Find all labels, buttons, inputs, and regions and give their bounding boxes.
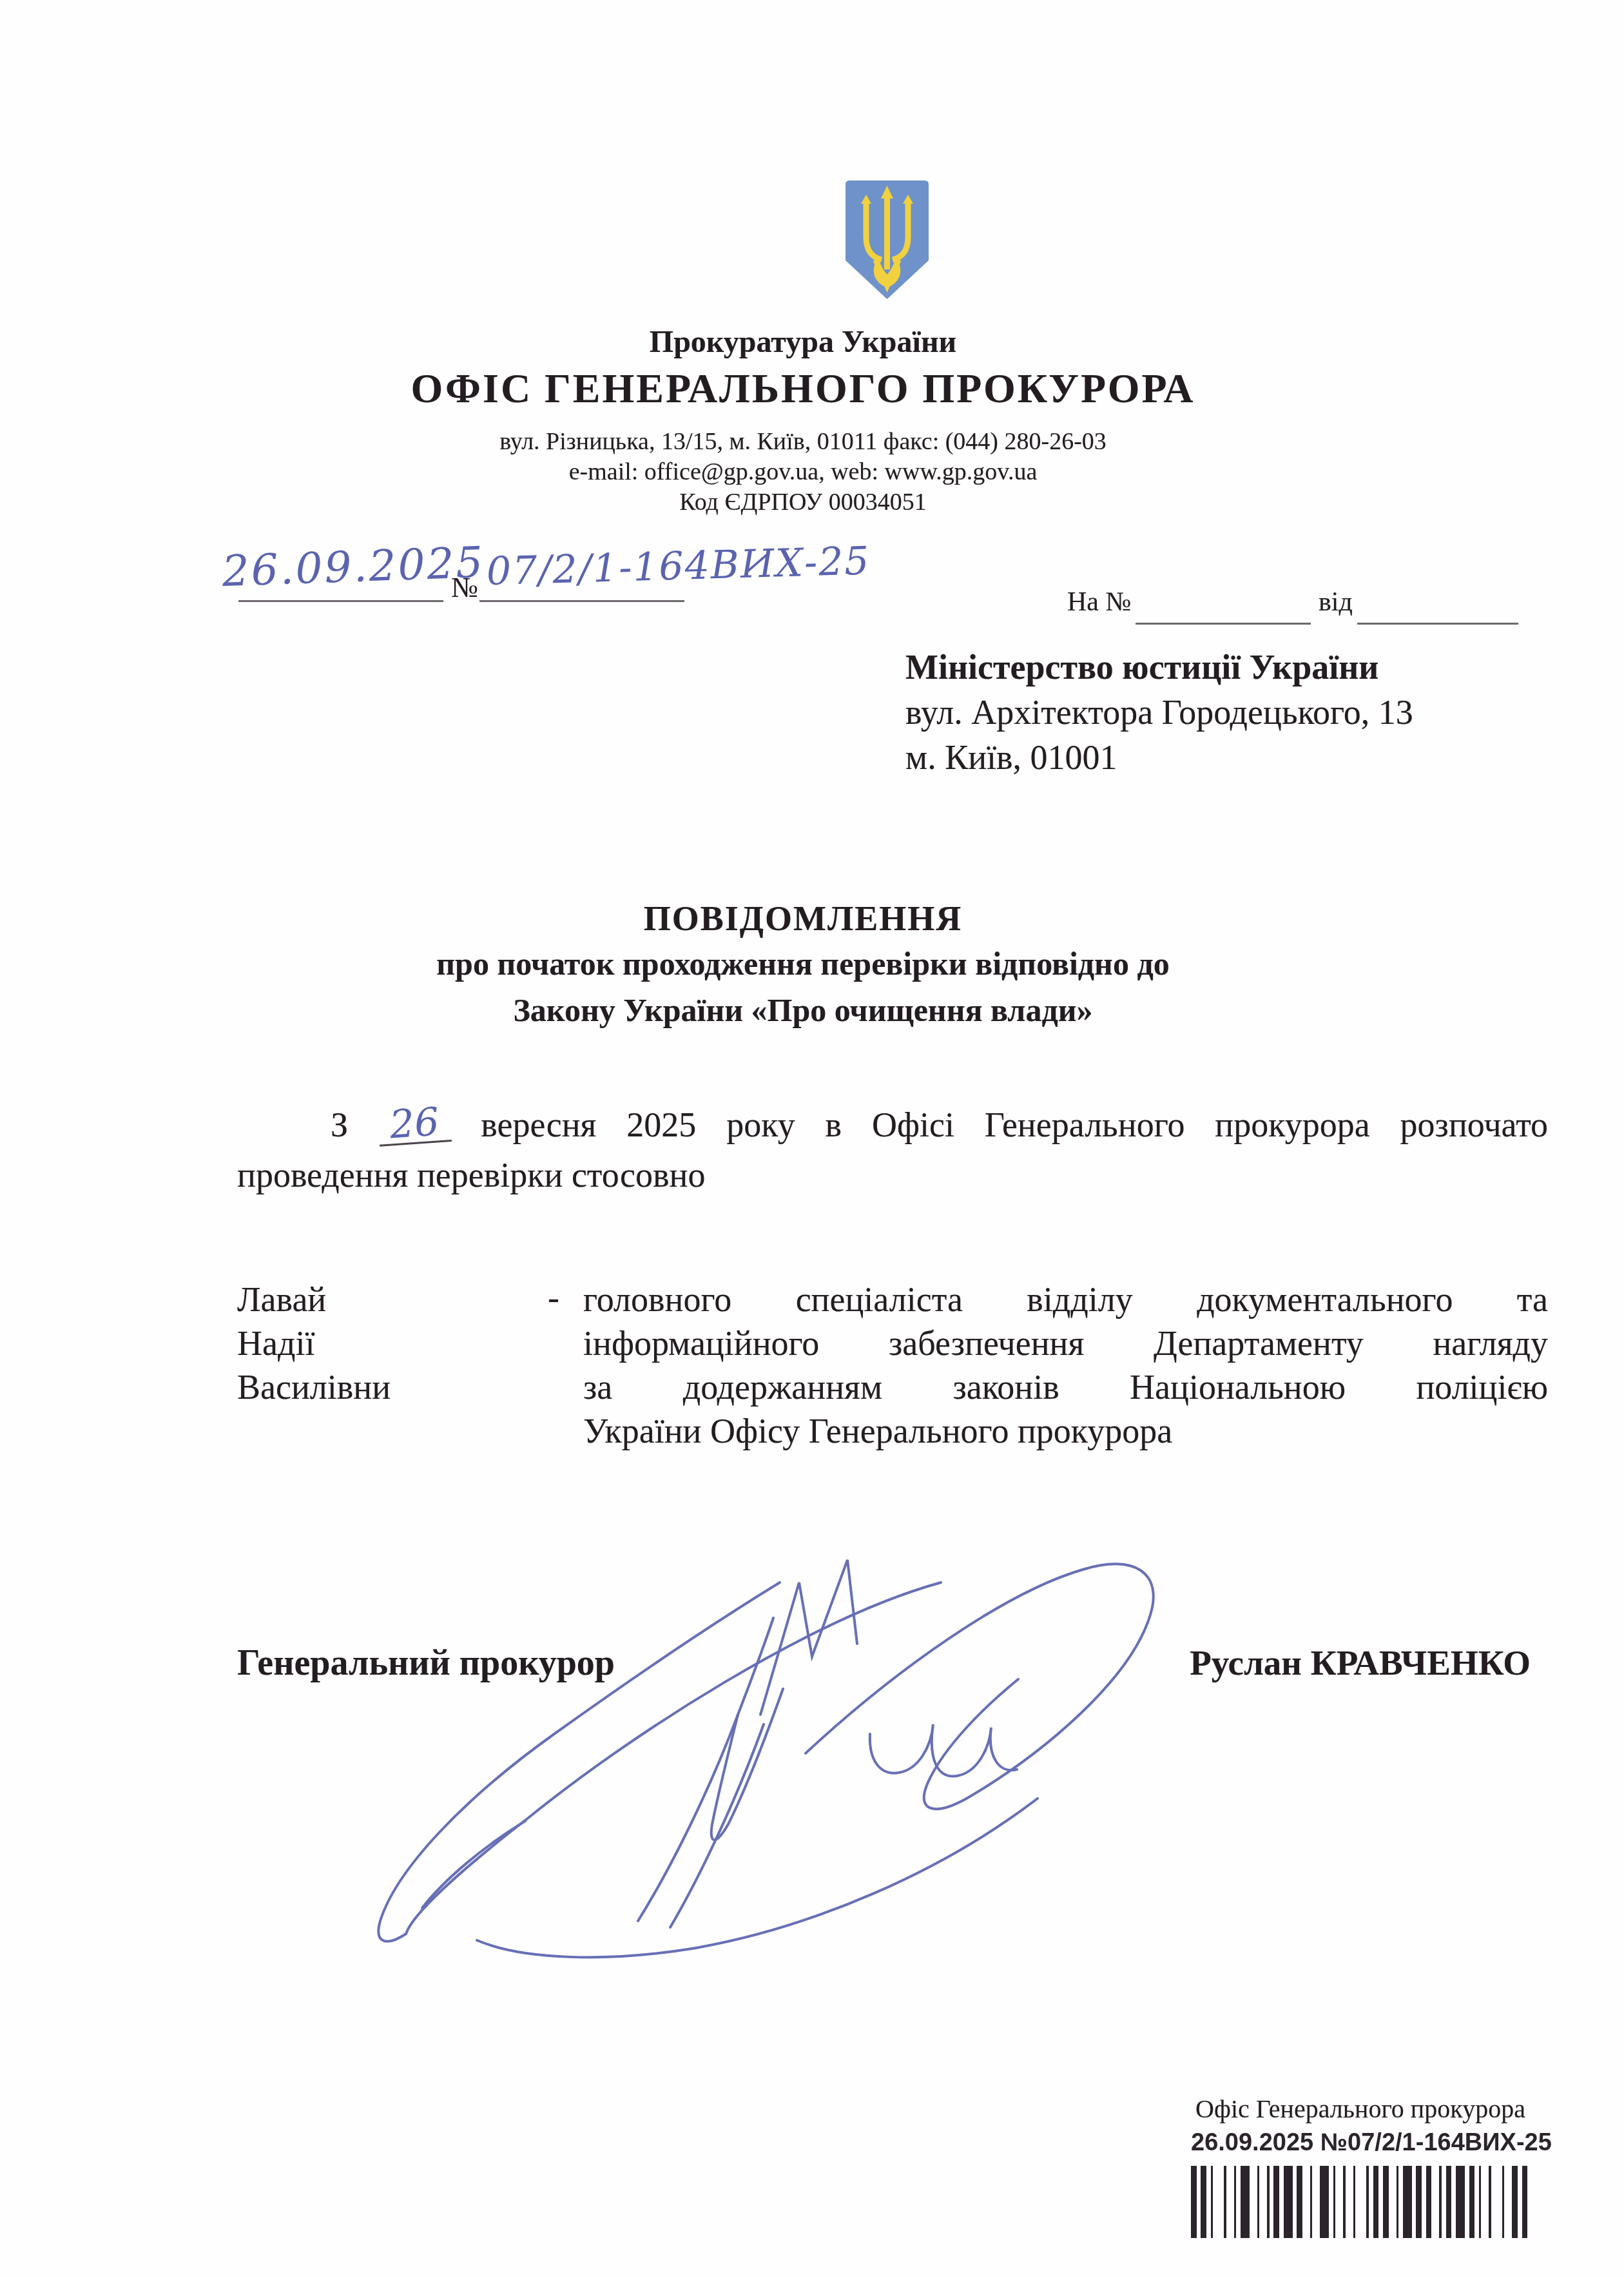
body-paragraph: З 26 вересня 2025 року в Офісі Генеральн… xyxy=(237,1100,1548,1200)
registration-stamp: Офіс Генерального прокурора 26.09.2025 №… xyxy=(1191,2094,1530,2238)
body-line-1: З 26 вересня 2025 року в Офісі Генеральн… xyxy=(237,1100,1548,1150)
document-subtitle-line2: Закону України «Про очищення влади» xyxy=(0,991,1606,1029)
org-name-title: ОФІС ГЕНЕРАЛЬНОГО ПРОКУРОРА xyxy=(0,365,1606,413)
date-blank-line xyxy=(238,600,443,602)
recipient-name: Міністерство юстиції України xyxy=(905,645,1413,690)
coat-of-arms-ukraine-icon xyxy=(842,178,933,302)
number-sign-label: № xyxy=(451,571,478,604)
document-subtitle-line1: про початок проходження перевірки відпов… xyxy=(0,945,1606,982)
letterhead-edrpou-code: Код ЄДРПОУ 00034051 xyxy=(0,488,1606,516)
position-line: за додержанням законів Національною полі… xyxy=(583,1365,1548,1409)
number-blank-line xyxy=(479,600,684,602)
stamp-reference-number: 26.09.2025 №07/2/1-164ВИХ-25 xyxy=(1191,2129,1530,2157)
body-line-2: проведення перевірки стосовно xyxy=(237,1150,1548,1200)
scanned-letter-page: Прокуратура України ОФІС ГЕНЕРАЛЬНОГО ПР… xyxy=(0,0,1624,2278)
position-line: України Офісу Генерального прокурора xyxy=(583,1409,1548,1453)
letterhead-address: вул. Різницька, 13/15, м. Київ, 01011 фа… xyxy=(0,427,1606,456)
subject-dash: - xyxy=(548,1278,559,1318)
reply-to-number-label: На № xyxy=(1067,587,1132,618)
org-parent-title: Прокуратура України xyxy=(0,324,1606,360)
recipient-street: вул. Архітектора Городецького, 13 xyxy=(905,690,1413,735)
position-line: інформаційного забезпечення Департаменту… xyxy=(583,1321,1548,1365)
subject-surname: Лавай xyxy=(237,1278,391,1321)
handwritten-signature xyxy=(361,1521,1186,1966)
body-rest: вересня 2025 року в Офісі Генерального п… xyxy=(481,1105,1548,1144)
subject-patronymic: Василівни xyxy=(237,1365,391,1409)
recipient-city: м. Київ, 01001 xyxy=(905,735,1413,780)
body-prefix: З xyxy=(331,1105,348,1144)
signer-name: Руслан КРАВЧЕНКО xyxy=(1190,1642,1531,1683)
barcode xyxy=(1191,2166,1529,2238)
handwritten-outgoing-date: 26.09.2025 xyxy=(221,538,485,596)
handwritten-outgoing-number: 07/2/1-164ВИХ-25 xyxy=(486,538,871,594)
subject-name-block: Лавай Надії Василівни xyxy=(237,1278,391,1409)
recipient-block: Міністерство юстиції України вул. Архіте… xyxy=(905,645,1413,780)
position-line: головного спеціаліста відділу документал… xyxy=(583,1278,1548,1321)
letterhead-contacts: e-mail: office@gp.gov.ua, web: www.gp.go… xyxy=(0,458,1606,486)
document-title: ПОВІДОМЛЕННЯ xyxy=(0,899,1606,939)
stamp-org-name: Офіс Генерального прокурора xyxy=(1191,2094,1530,2124)
handwritten-day: 26 xyxy=(377,1104,452,1147)
subject-firstname: Надії xyxy=(237,1321,391,1365)
reply-number-blank-line xyxy=(1136,623,1311,625)
reply-from-date-label: від xyxy=(1319,587,1353,618)
subject-position-block: головного спеціаліста відділу документал… xyxy=(583,1278,1548,1453)
reply-date-blank-line xyxy=(1357,623,1518,625)
